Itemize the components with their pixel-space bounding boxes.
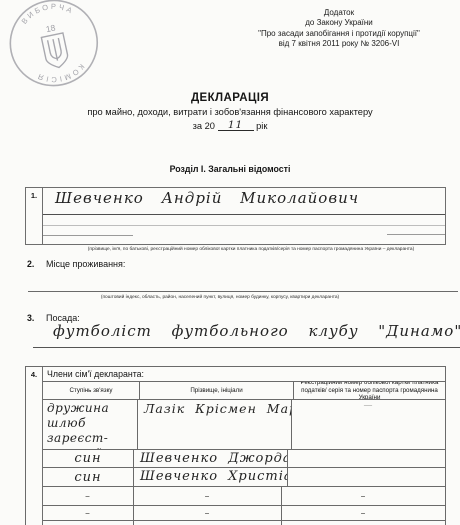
writing-line <box>43 235 133 236</box>
reg-cell: — <box>292 400 445 449</box>
law-note-line-1: Додаток <box>228 8 450 18</box>
section-2-label: Місце проживання: <box>46 259 125 269</box>
stamp-number: 18 <box>45 22 57 34</box>
writing-line <box>387 234 445 235</box>
table-header-row: Ступінь зв'язку Прізвище, ініціали Реєст… <box>43 382 445 400</box>
year-prefix: за 20 <box>193 121 215 131</box>
relation-cell: син <box>43 468 134 486</box>
document-subtitle: про майно, доходи, витрати і зобов'язанн… <box>0 107 460 117</box>
writing-line <box>43 225 445 226</box>
name-cell: – <box>134 506 282 520</box>
year-suffix: рік <box>256 121 267 131</box>
reg-cell <box>288 450 445 467</box>
table-row: – – – <box>43 487 445 506</box>
relation-cell: дружина шлюб зареєст- рований в США <box>43 400 138 449</box>
law-reference-note: Додаток до Закону України "Про засади за… <box>228 8 450 50</box>
declarant-name-handwritten: Шевченко Андрій Миколайович <box>55 189 359 207</box>
section-2-number: 2. <box>27 259 34 269</box>
law-note-line-4: від 7 квітня 2011 року № 3206-VI <box>228 39 450 49</box>
round-stamp: ВИБОРЧА КОМІСІЯ 18 <box>6 0 102 90</box>
writing-line <box>28 291 458 292</box>
declaration-document-page: ВИБОРЧА КОМІСІЯ 18 Додаток до Закону Укр… <box>0 0 460 525</box>
relation-cell: син <box>43 450 134 467</box>
reg-cell <box>282 521 445 525</box>
section-4-number: 4. <box>26 367 43 525</box>
relation-cell <box>43 521 134 525</box>
section-1-declarant-box: 1. Шевченко Андрій Миколайович <box>25 187 446 245</box>
law-note-line-2: до Закону України <box>228 18 450 28</box>
section-heading: Розділ І. Загальні відомості <box>0 164 460 174</box>
name-cell: Лазік Крісмен Марія <box>138 400 292 449</box>
table-row <box>43 521 445 525</box>
writing-line <box>33 347 460 348</box>
section-1-caption: (прізвище, ім'я, по батькові, реєстрацій… <box>50 247 452 252</box>
name-cell: Шевченко Джордан <box>134 450 288 467</box>
trident-icon <box>41 33 69 70</box>
reg-cell: – <box>282 487 445 505</box>
section-1-field: Шевченко Андрій Миколайович <box>43 188 445 244</box>
family-members-table: Ступінь зв'язку Прізвище, ініціали Реєст… <box>43 382 445 525</box>
table-row: дружина шлюб зареєст- рований в США Лазі… <box>43 400 445 450</box>
table-row: – – – <box>43 506 445 521</box>
name-cell: – <box>134 487 282 505</box>
name-cell: Шевченко Христіан <box>134 468 288 486</box>
year-line: за 20 11 рік <box>0 120 460 131</box>
section-4-label: Члени сім'ї декларанта: <box>43 367 445 382</box>
table-row: син Шевченко Джордан <box>43 450 445 468</box>
reg-cell: – <box>282 506 445 520</box>
table-row: син Шевченко Христіан <box>43 468 445 487</box>
law-note-line-3: "Про засади запобігання і протидії коруп… <box>228 29 450 39</box>
relation-cell: – <box>43 487 134 505</box>
relation-cell: – <box>43 506 134 520</box>
stamp-graphic: ВИБОРЧА КОМІСІЯ 18 <box>0 0 111 99</box>
section-1-number: 1. <box>26 188 43 244</box>
document-title: ДЕКЛАРАЦІЯ <box>0 92 460 104</box>
reg-cell <box>288 468 445 486</box>
writing-line <box>43 214 445 215</box>
header-reg-number: Реєстраційний номер облікової картки пла… <box>294 382 445 399</box>
section-2-caption: (поштовий індекс, область, район, населе… <box>40 295 400 300</box>
section-3-number: 3. <box>27 313 34 323</box>
name-cell <box>134 521 282 525</box>
title-block: ДЕКЛАРАЦІЯ про майно, доходи, витрати і … <box>0 92 460 131</box>
header-relation: Ступінь зв'язку <box>43 382 140 399</box>
position-handwritten: футболіст футбольного клубу "Динамо" <box>53 322 460 340</box>
year-handwritten-value: 11 <box>228 119 243 131</box>
header-name: Прізвище, ініціали <box>140 382 294 399</box>
section-4-family-box: 4. Члени сім'ї декларанта: Ступінь зв'яз… <box>25 366 446 525</box>
